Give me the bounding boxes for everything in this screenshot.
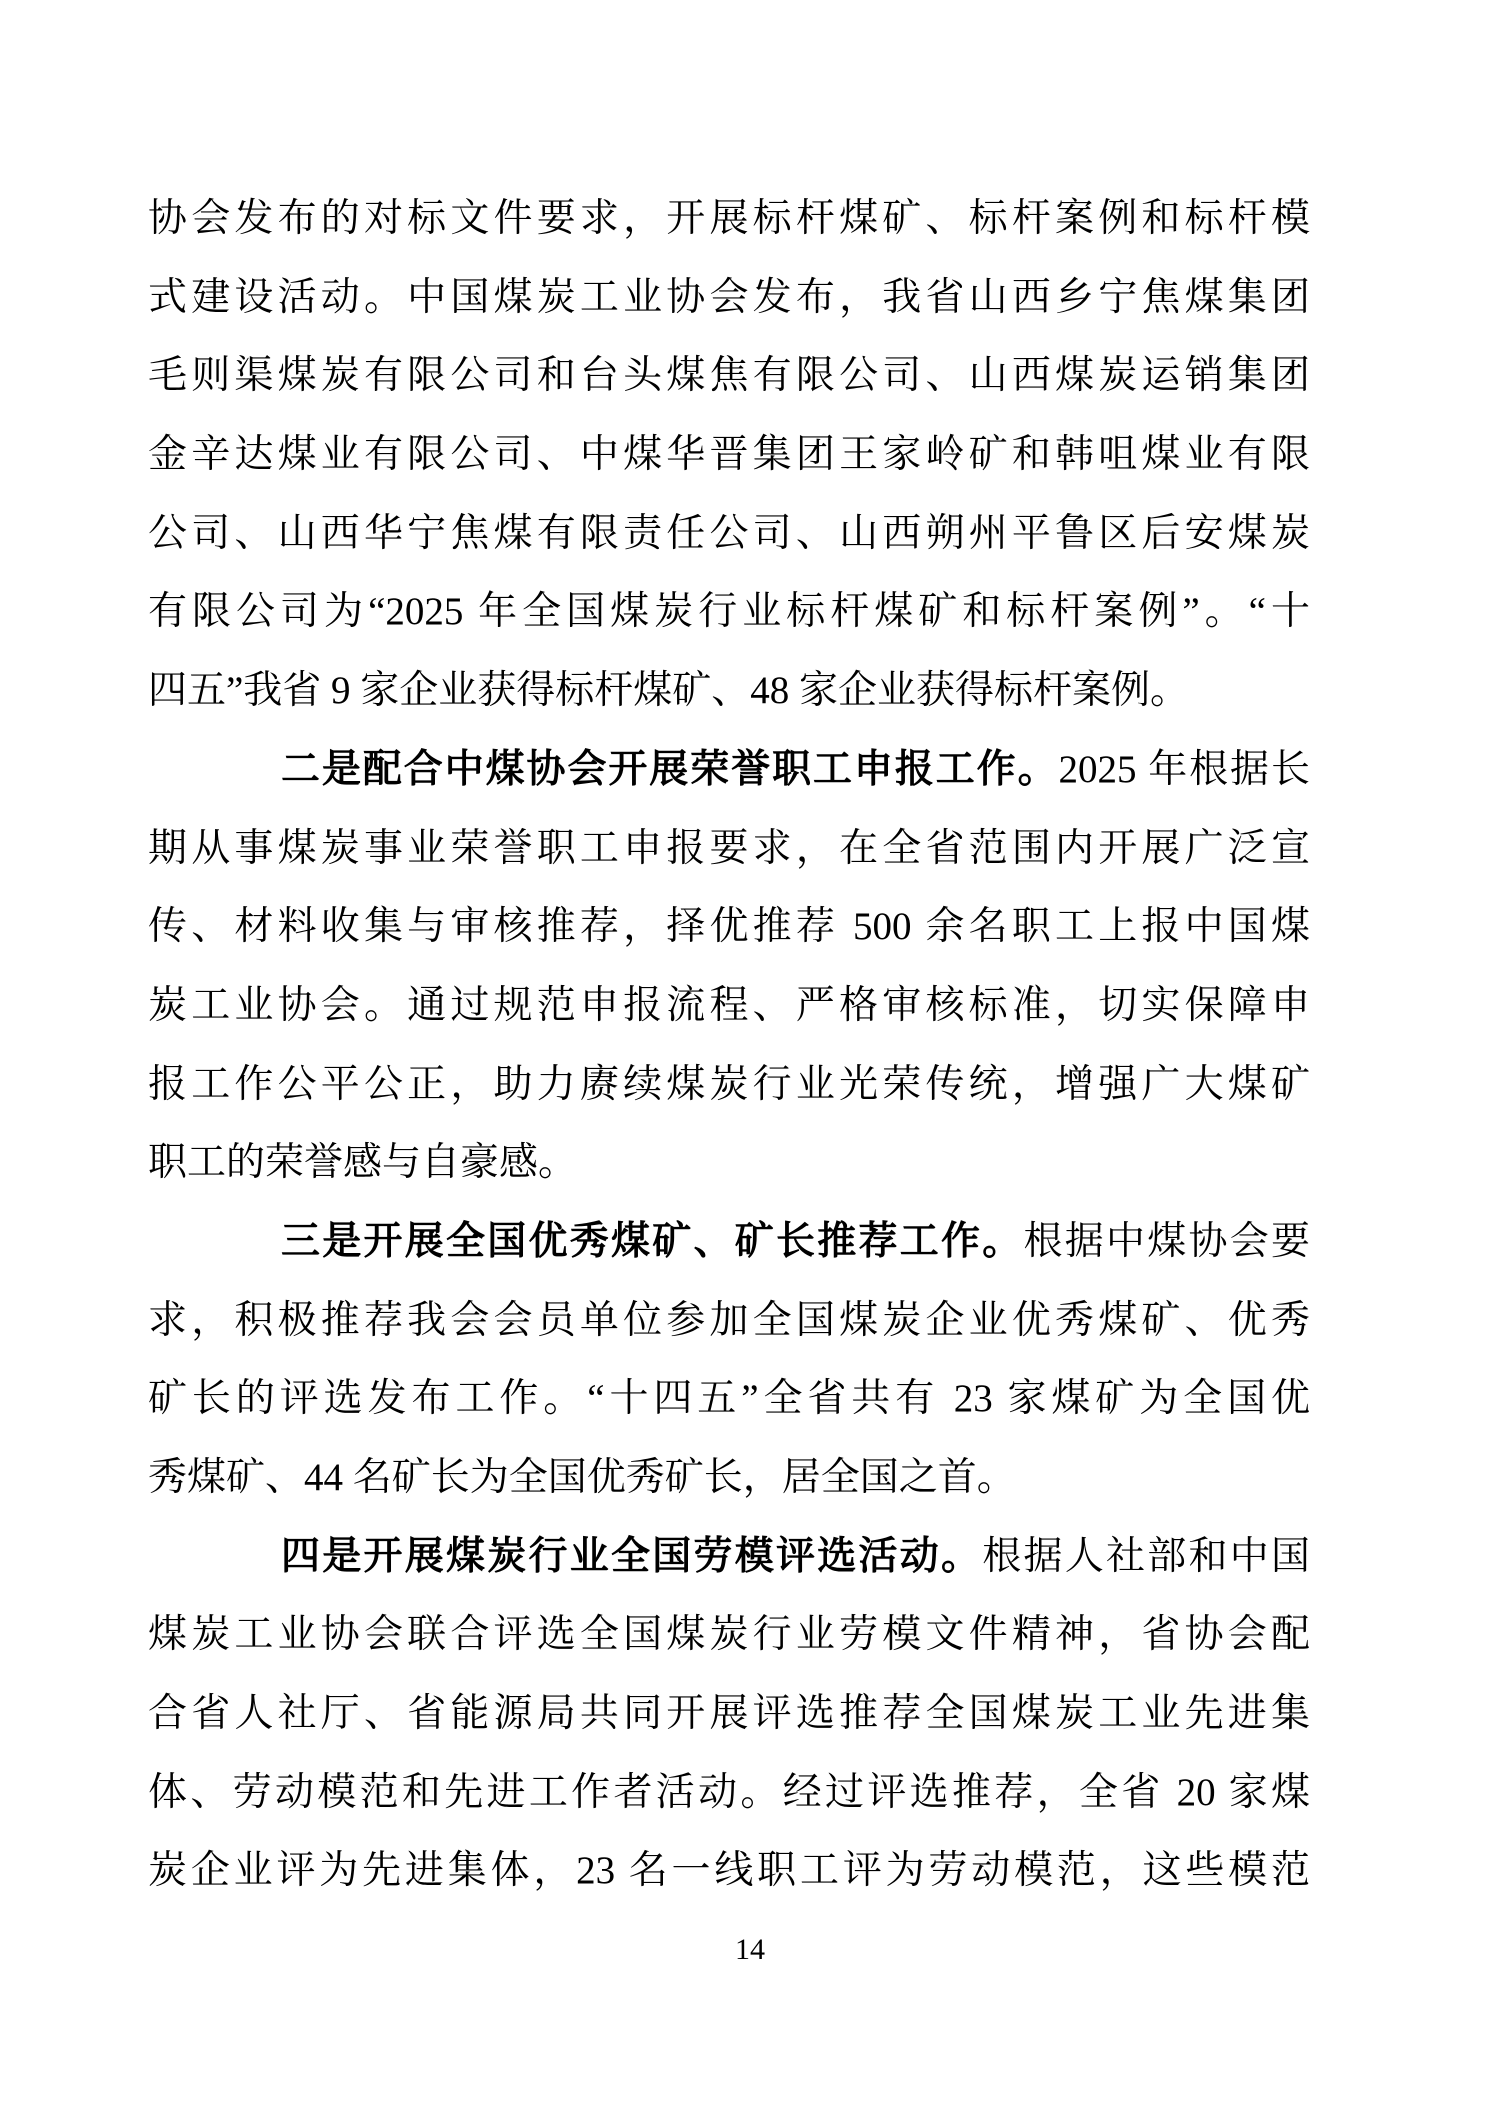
text-line: 有限公司为“2025 年全国煤炭行业标杆煤矿和标杆案例”。“十 bbox=[148, 573, 1310, 652]
text-line: 二是配合中煤协会开展荣誉职工申报工作。2025 年根据长 bbox=[148, 731, 1310, 810]
line-text: 矿长的评选发布工作。“十四五”全省共有 23 家煤矿为全国优 bbox=[148, 1377, 1310, 1420]
line-text: 传、材料收集与审核推荐，择优推荐 500 余名职工上报中国煤 bbox=[148, 905, 1310, 948]
line-text: 体、劳动模范和先进工作者活动。经过评选推荐，全省 20 家煤 bbox=[148, 1771, 1310, 1814]
line-text: 式建设活动。中国煤炭工业协会发布，我省山西乡宁焦煤集团 bbox=[148, 276, 1310, 319]
line-text: 有限公司为“2025 年全国煤炭行业标杆煤矿和标杆案例”。“十 bbox=[148, 590, 1310, 633]
line-text: 协会发布的对标文件要求，开展标杆煤矿、标杆案例和标杆模 bbox=[148, 197, 1310, 240]
line-text: 煤炭工业协会联合评选全国煤炭行业劳模文件精神，省协会配 bbox=[148, 1613, 1310, 1656]
paragraph-bold-lead: 二是配合中煤协会开展荣誉职工申报工作。 bbox=[281, 748, 1059, 791]
text-line: 公司、山西华宁焦煤有限责任公司、山西朔州平鲁区后安煤炭 bbox=[148, 495, 1310, 574]
line-text: 四五”我省 9 家企业获得标杆煤矿、48 家企业获得标杆案例。 bbox=[148, 669, 1189, 712]
text-line: 期从事煤炭事业荣誉职工申报要求，在全省范围内开展广泛宣 bbox=[148, 810, 1310, 889]
text-line: 三是开展全国优秀煤矿、矿长推荐工作。根据中煤协会要 bbox=[148, 1203, 1310, 1282]
line-text: 公司、山西华宁焦煤有限责任公司、山西朔州平鲁区后安煤炭 bbox=[148, 512, 1310, 555]
text-line: 职工的荣誉感与自豪感。 bbox=[148, 1124, 1310, 1203]
line-text: 毛则渠煤炭有限公司和台头煤焦有限公司、山西煤炭运销集团 bbox=[148, 354, 1310, 397]
paragraph-bold-lead: 三是开展全国优秀煤矿、矿长推荐工作。 bbox=[281, 1220, 1023, 1263]
text-block: 协会发布的对标文件要求，开展标杆煤矿、标杆案例和标杆模式建设活动。中国煤炭工业协… bbox=[148, 180, 1310, 1911]
line-text: 职工的荣誉感与自豪感。 bbox=[148, 1141, 577, 1184]
text-line: 体、劳动模范和先进工作者活动。经过评选推荐，全省 20 家煤 bbox=[148, 1754, 1310, 1833]
text-line: 矿长的评选发布工作。“十四五”全省共有 23 家煤矿为全国优 bbox=[148, 1360, 1310, 1439]
text-line: 煤炭工业协会联合评选全国煤炭行业劳模文件精神，省协会配 bbox=[148, 1596, 1310, 1675]
text-line: 式建设活动。中国煤炭工业协会发布，我省山西乡宁焦煤集团 bbox=[148, 259, 1310, 338]
text-line: 合省人社厅、省能源局共同开展评选推荐全国煤炭工业先进集 bbox=[148, 1675, 1310, 1754]
line-text: 求，积极推荐我会会员单位参加全国煤炭企业优秀煤矿、优秀 bbox=[148, 1299, 1310, 1342]
line-text: 炭企业评为先进集体，23 名一线职工评为劳动模范，这些模范 bbox=[148, 1849, 1310, 1892]
text-line: 协会发布的对标文件要求，开展标杆煤矿、标杆案例和标杆模 bbox=[148, 180, 1310, 259]
line-text: 合省人社厅、省能源局共同开展评选推荐全国煤炭工业先进集 bbox=[148, 1692, 1310, 1735]
document-page: 协会发布的对标文件要求，开展标杆煤矿、标杆案例和标杆模式建设活动。中国煤炭工业协… bbox=[0, 0, 1500, 2121]
text-line: 求，积极推荐我会会员单位参加全国煤炭企业优秀煤矿、优秀 bbox=[148, 1282, 1310, 1361]
line-text: 金辛达煤业有限公司、中煤华晋集团王家岭矿和韩咀煤业有限 bbox=[148, 433, 1310, 476]
text-line: 金辛达煤业有限公司、中煤华晋集团王家岭矿和韩咀煤业有限 bbox=[148, 416, 1310, 495]
line-text: 根据中煤协会要 bbox=[1023, 1220, 1310, 1263]
text-line: 炭工业协会。通过规范申报流程、严格审核标准，切实保障申 bbox=[148, 967, 1310, 1046]
line-text: 2025 年根据长 bbox=[1059, 748, 1310, 791]
line-text: 秀煤矿、44 名矿长为全国优秀矿长，居全国之首。 bbox=[148, 1456, 1016, 1499]
text-line: 报工作公平公正，助力赓续煤炭行业光荣传统，增强广大煤矿 bbox=[148, 1046, 1310, 1125]
text-line: 秀煤矿、44 名矿长为全国优秀矿长，居全国之首。 bbox=[148, 1439, 1310, 1518]
text-line: 四五”我省 9 家企业获得标杆煤矿、48 家企业获得标杆案例。 bbox=[148, 652, 1310, 731]
line-text: 报工作公平公正，助力赓续煤炭行业光荣传统，增强广大煤矿 bbox=[148, 1063, 1310, 1106]
text-line: 四是开展煤炭行业全国劳模评选活动。根据人社部和中国 bbox=[148, 1518, 1310, 1597]
text-line: 毛则渠煤炭有限公司和台头煤焦有限公司、山西煤炭运销集团 bbox=[148, 337, 1310, 416]
text-line: 传、材料收集与审核推荐，择优推荐 500 余名职工上报中国煤 bbox=[148, 888, 1310, 967]
page-number: 14 bbox=[0, 1932, 1500, 1968]
line-text: 炭工业协会。通过规范申报流程、严格审核标准，切实保障申 bbox=[148, 984, 1310, 1027]
paragraph-bold-lead: 四是开展煤炭行业全国劳模评选活动。 bbox=[281, 1535, 982, 1578]
line-text: 根据人社部和中国 bbox=[982, 1535, 1310, 1578]
line-text: 期从事煤炭事业荣誉职工申报要求，在全省范围内开展广泛宣 bbox=[148, 827, 1310, 870]
text-line: 炭企业评为先进集体，23 名一线职工评为劳动模范，这些模范 bbox=[148, 1832, 1310, 1911]
